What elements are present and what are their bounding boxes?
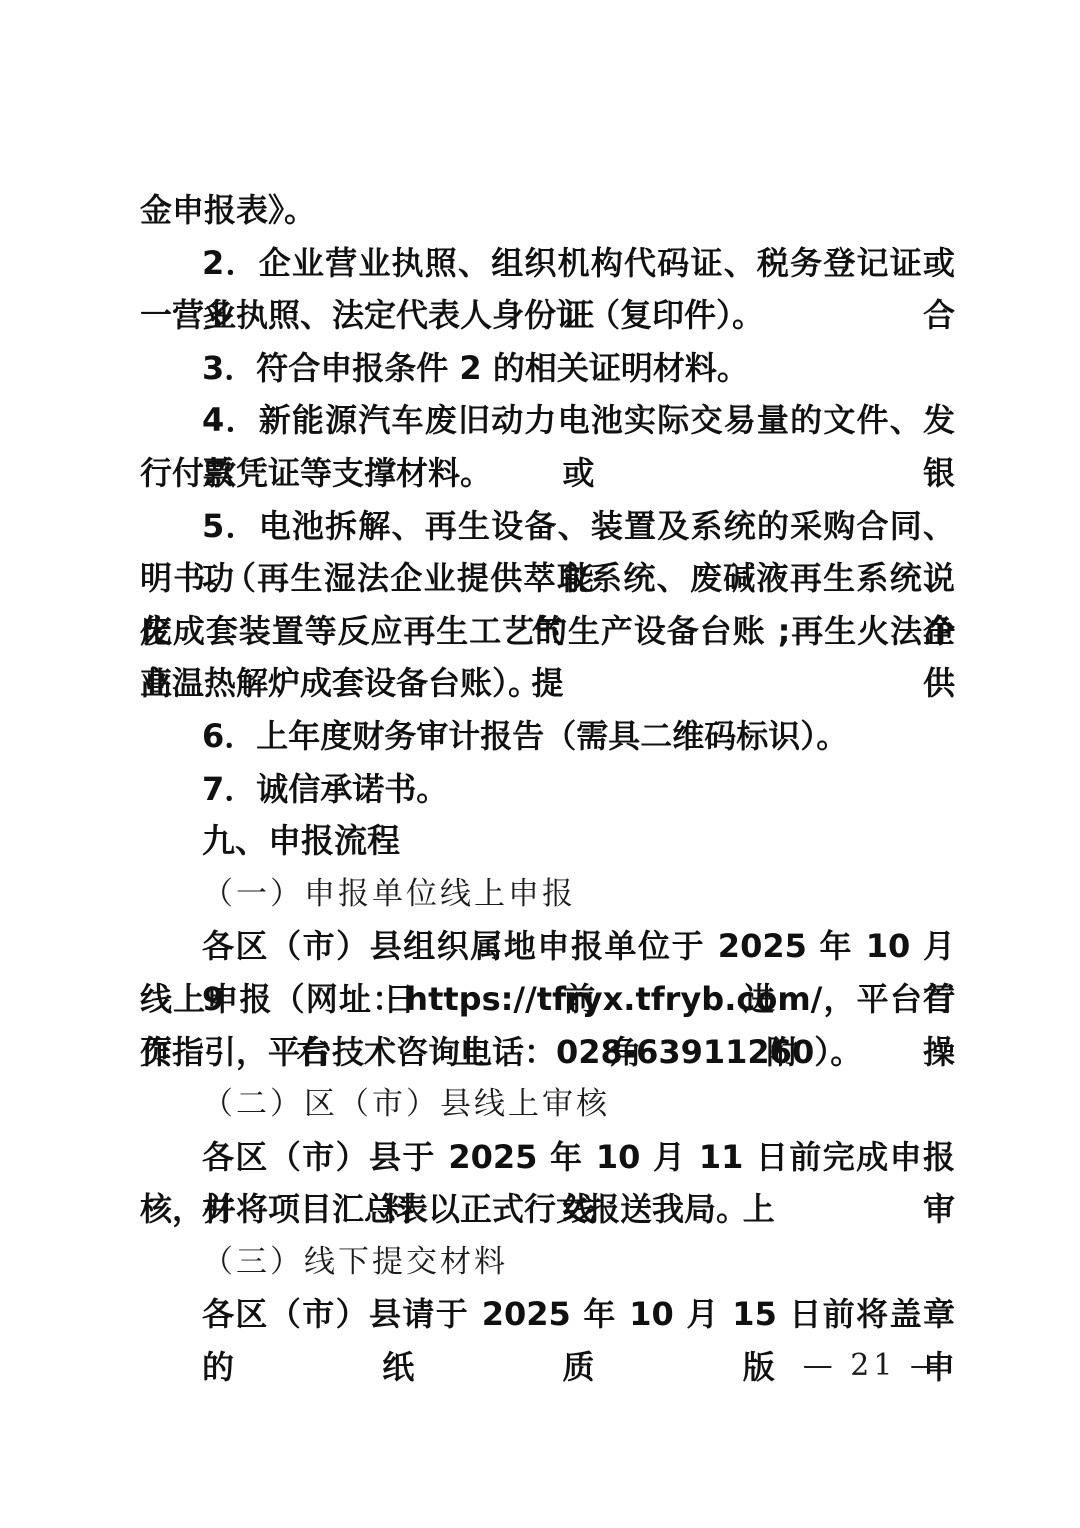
body-line: 6．上年度财务审计报告（需具二维码标识）。 [140,710,955,763]
page-number: — 21 — [803,1348,944,1383]
body-line: 3．符合申报条件 2 的相关证明材料。 [140,342,955,395]
document-body: 金申报表》。 2．企业营业执照、组织机构代码证、税务登记证或多证合 一营业执照、… [140,184,955,1341]
body-line: 化成套装置等反应再生工艺的生产设备台账 ;再生火法企业提供 [140,605,955,658]
subsection-heading: （一）申报单位线上申报 [140,868,955,921]
section-heading: 九、申报流程 [140,815,955,868]
body-line: 明书。（再生湿法企业提供萃取系统、废碱液再生系统、废气净 [140,552,955,605]
body-line: 各区（市）县组织属地申报单位于 2025 年 10 月 9 日前进行 [140,920,955,973]
body-line: 2．企业营业执照、组织机构代码证、税务登记证或多证合 [140,237,955,290]
subsection-heading: （二）区（市）县线上审核 [140,1078,955,1131]
body-line: 各区（市）县请于 2025 年 10 月 15 日前将盖章的纸质版申 [140,1288,955,1341]
body-line: 各区（市）县于 2025 年 10 月 11 日前完成申报材料线上审 [140,1131,955,1184]
body-line: 4．新能源汽车废旧动力电池实际交易量的文件、发票或银 [140,394,955,447]
body-line: 作指引，平台技术咨询电话：028-63911260）。 [140,1026,955,1079]
body-line: 线上申报（网址：https://tfryx.tfryb.com/，平台首页右上角… [140,973,955,1026]
subsection-heading: （三）线下提交材料 [140,1236,955,1289]
body-line: 7．诚信承诺书。 [140,763,955,816]
document-page: 金申报表》。 2．企业营业执照、组织机构代码证、税务登记证或多证合 一营业执照、… [0,0,1080,1528]
body-line: 5．电池拆解、再生设备、装置及系统的采购合同、功能说 [140,500,955,553]
body-line: 金申报表》。 [140,184,955,237]
